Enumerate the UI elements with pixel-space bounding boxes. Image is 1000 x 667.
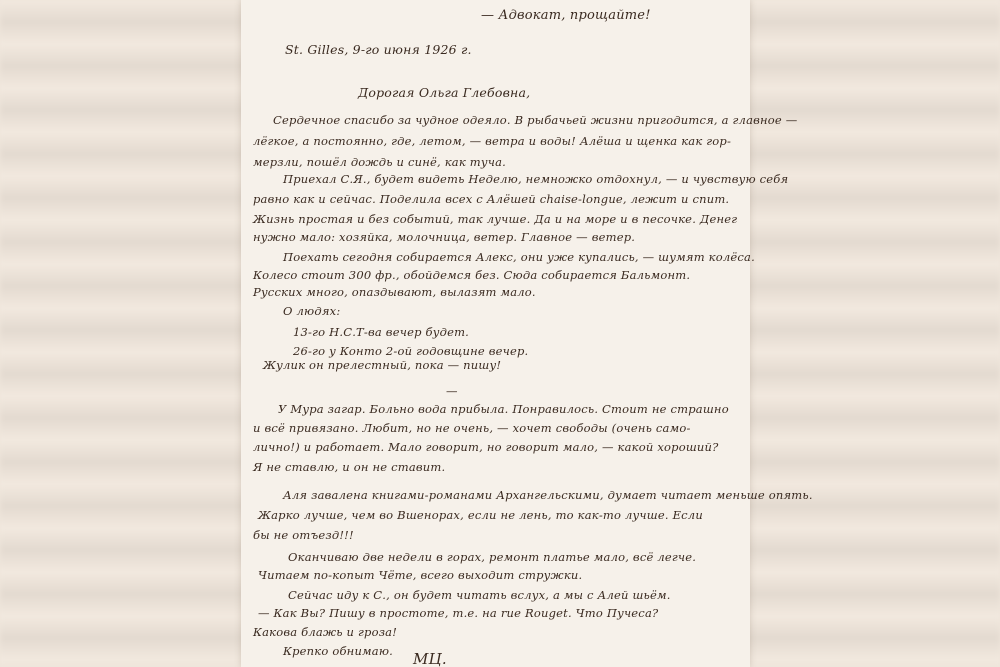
- letter-line: Сердечное спасибо за чудное одеяло. В ры…: [273, 113, 797, 127]
- place-date: St. Gilles, 9-го июня 1926 г.: [285, 42, 472, 57]
- epigraph: — Адвокат, прощайте!: [481, 8, 651, 23]
- section-divider: —: [446, 384, 458, 398]
- letter-line: Колесо стоит 300 фр., обойдемся без. Сюд…: [253, 268, 690, 282]
- letter-line: лёгкое, а постоянно, где, летом, — ветра…: [253, 134, 731, 148]
- signature: МЦ.: [413, 650, 447, 667]
- letter-line: Аля завалена книгами-романами Архангельс…: [283, 488, 813, 502]
- letter-line: Оканчиваю две недели в горах, ремонт пла…: [288, 550, 696, 564]
- letter-page: — Адвокат, прощайте! St. Gilles, 9-го ию…: [241, 0, 750, 667]
- letter-line: лично!) и работает. Мало говорит, но гов…: [253, 440, 719, 454]
- letter-line: мерзли, пошёл дождь и синё, как туча.: [253, 155, 506, 169]
- letter-line: и всё привязано. Любит, но не очень, — х…: [253, 421, 691, 435]
- letter-line: О людях:: [283, 304, 340, 318]
- letter-line: Читаем по-копыт Чёте, всего выходит стру…: [258, 568, 582, 582]
- letter-line: нужно мало: хозяйка, молочница, ветер. Г…: [253, 230, 635, 244]
- letter-line: 13-го Н.С.Т-ва вечер будет.: [293, 325, 469, 339]
- letter-line: 26-го у Конто 2-ой годовщине вечер.: [293, 344, 528, 358]
- letter-line: Сейчас иду к С., он будет читать вслух, …: [288, 588, 671, 602]
- letter-line: У Мура загар. Больно вода прибыла. Понра…: [278, 402, 729, 416]
- letter-line: Русских много, опаздывают, вылазят мало.: [253, 285, 536, 299]
- letter-line: Жизнь простая и без событий, так лучше. …: [253, 212, 737, 226]
- letter-line: Я не ставлю, и он не ставит.: [253, 460, 445, 474]
- letter-line: Приехал С.Я., будет видеть Неделю, немно…: [283, 172, 788, 186]
- letter-line: бы не отъезд!!!: [253, 528, 354, 542]
- letter-line: Жулик он прелестный, пока — пишу!: [263, 358, 501, 372]
- closing: Крепко обнимаю.: [283, 644, 393, 658]
- letter-line: равно как и сейчас. Поделила всех с Алёш…: [253, 192, 729, 206]
- letter-line: — Как Вы? Пишу в простоте, т.е. на rue R…: [258, 606, 658, 620]
- letter-line: Поехать сегодня собирается Алекс, они уж…: [283, 250, 755, 264]
- letter-line: Какова блажь и гроза!: [253, 625, 397, 639]
- salutation: Дорогая Ольга Глебовна,: [358, 85, 530, 100]
- letter-line: Жарко лучше, чем во Вшенорах, если не ле…: [258, 508, 703, 522]
